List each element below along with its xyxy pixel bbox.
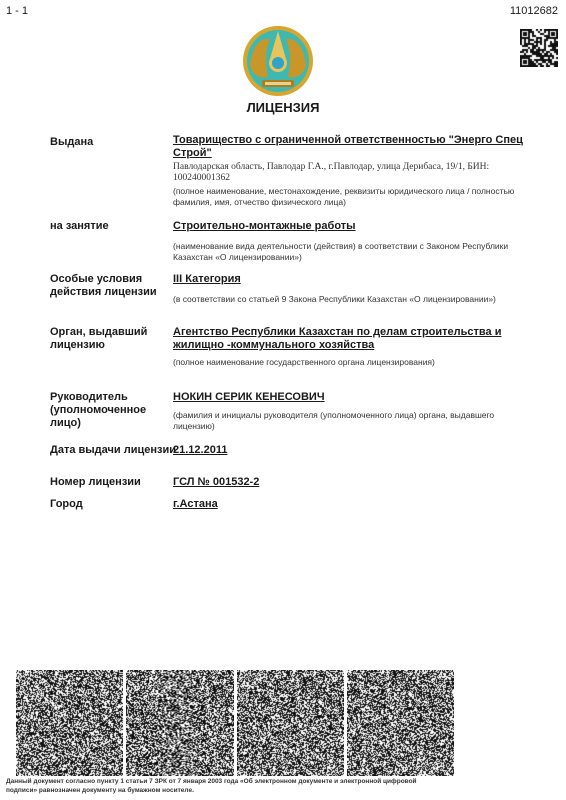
value-activity: Строительно-монтажные работы (173, 220, 533, 233)
label-special-conditions: Особые условия действия лицензии (50, 273, 160, 299)
address: Павлодарская область, Павлодар Г.А., г.П… (173, 162, 518, 184)
kazakhstan-emblem-icon (242, 25, 314, 97)
value-issue-date: 21.12.2011 (173, 444, 533, 457)
signature-code-4 (347, 670, 454, 776)
value-special-conditions: III Категория (173, 273, 533, 286)
label-activity: на занятие (50, 220, 109, 233)
label-head: Руководитель (уполномоченное лицо) (50, 391, 175, 430)
page-number: 1 - 1 (6, 5, 28, 17)
note-head: (фамилия и инициалы руководителя (уполно… (173, 410, 513, 432)
legal-footer: Данный документ согласно пункту 1 статьи… (6, 777, 446, 795)
value-issuing-authority: Агентство Республики Казахстан по делам … (173, 326, 528, 352)
qr-code-icon (520, 29, 558, 67)
signature-code-3 (237, 670, 344, 776)
note-special-conditions: (в соответствии со статьей 9 Закона Респ… (173, 294, 533, 305)
label-issue-date: Дата выдачи лицензии (50, 444, 176, 457)
value-license-number: ГСЛ № 001532-2 (173, 476, 533, 489)
signature-codes (16, 670, 454, 776)
value-issued-to: Товарищество с ограниченной ответственно… (173, 134, 533, 160)
label-issuing-authority: Орган, выдавший лицензию (50, 326, 150, 352)
document-id: 11012682 (510, 5, 558, 17)
note-activity: (наименование вида деятельности (действи… (173, 241, 518, 263)
value-head: НОКИН СЕРИК КЕНЕСОВИЧ (173, 391, 533, 404)
note-issued-to: (полное наименование, местонахождение, р… (173, 186, 518, 208)
signature-code-2 (126, 670, 233, 776)
label-city: Город (50, 498, 83, 511)
document-title: ЛИЦЕНЗИЯ (0, 100, 566, 115)
value-city: г.Астана (173, 498, 533, 511)
note-issuing-authority: (полное наименование государственного ор… (173, 357, 518, 368)
label-license-number: Номер лицензии (50, 476, 141, 489)
label-issued-to: Выдана (50, 136, 93, 149)
signature-code-1 (16, 670, 123, 776)
